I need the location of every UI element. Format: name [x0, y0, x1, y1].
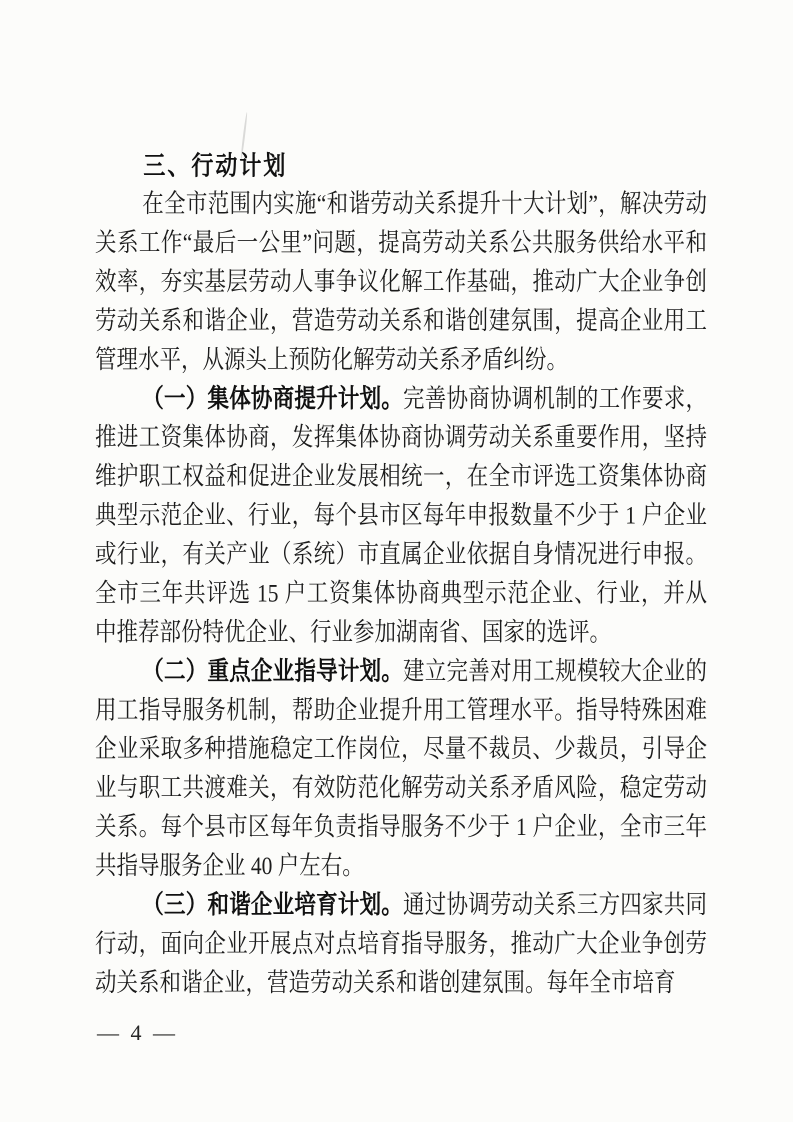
section-heading: 三、行动计划	[95, 146, 707, 185]
paragraph-plan-3: （三）和谐企业培育计划。通过协调劳动关系三方四家共同行动，面向企业开展点对点培育…	[95, 886, 707, 1003]
paragraph-intro: 在全市范围内实施“和谐劳动关系提升十大计划”，解决劳动关系工作“最后一公里”问题…	[95, 185, 707, 380]
paragraph-plan-2: （二）重点企业指导计划。建立完善对用工规模较大企业的用工指导服务机制，帮助企业提…	[95, 652, 707, 886]
paragraph-text: 完善协商协调机制的工作要求，推进工资集体协商，发挥集体协商协调劳动关系重要作用，…	[95, 384, 707, 646]
paragraph-plan-1: （一）集体协商提升计划。完善协商协调机制的工作要求，推进工资集体协商，发挥集体协…	[95, 380, 707, 653]
paragraph-lead: （二）重点企业指导计划。	[142, 657, 403, 685]
page-number: — 4 —	[97, 1020, 178, 1046]
paragraph-text: 建立完善对用工规模较大企业的用工指导服务机制，帮助企业提升用工管理水平。指导特殊…	[95, 657, 707, 880]
paragraph-lead: （一）集体协商提升计划。	[142, 384, 403, 412]
document-body: 三、行动计划 在全市范围内实施“和谐劳动关系提升十大计划”，解决劳动关系工作“最…	[95, 146, 707, 1003]
paragraph-text: 在全市范围内实施“和谐劳动关系提升十大计划”，解决劳动关系工作“最后一公里”问题…	[95, 190, 707, 374]
paragraph-lead: （三）和谐企业培育计划。	[142, 891, 403, 919]
document-page: 三、行动计划 在全市范围内实施“和谐劳动关系提升十大计划”，解决劳动关系工作“最…	[0, 0, 793, 1122]
